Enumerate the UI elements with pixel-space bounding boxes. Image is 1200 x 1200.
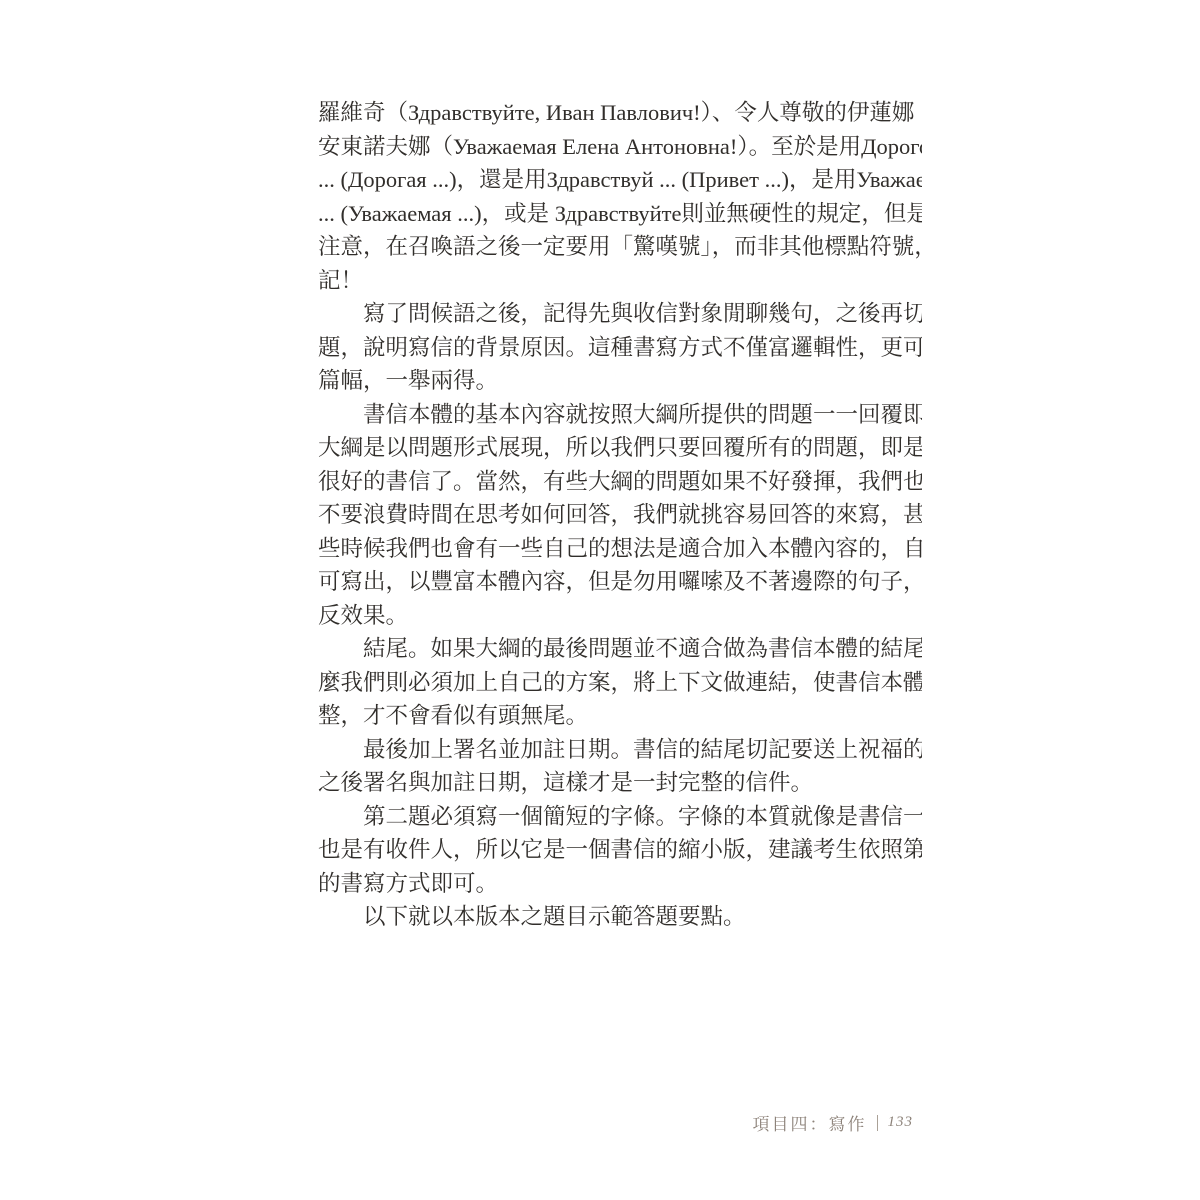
paragraph: 書信本體的基本內容就按照大綱所提供的問題一一回覆即可。大綱是以問題形式展現，所以… bbox=[318, 398, 922, 633]
text-line: 反效果。 bbox=[318, 599, 922, 633]
text-block: 羅維奇（Здравствуйте, Иван Павлович!）、令人尊敬的伊… bbox=[318, 96, 922, 934]
text-line: 第二題必須寫一個簡短的字條。字條的本質就像是書信一般， bbox=[318, 800, 922, 834]
paragraph: 以下就以本版本之題目示範答題要點。 bbox=[318, 900, 922, 934]
paragraph: 結尾。如果大綱的最後問題並不適合做為書信本體的結尾，那麼我們則必須加上自己的方案… bbox=[318, 632, 922, 733]
text-line: 最後加上署名並加註日期。書信的結尾切記要送上祝福的話， bbox=[318, 733, 922, 767]
paragraph: 寫了問候語之後，記得先與收信對象閒聊幾句，之後再切入主題，說明寫信的背景原因。這… bbox=[318, 297, 922, 398]
paragraph: 羅維奇（Здравствуйте, Иван Павлович!）、令人尊敬的伊… bbox=[318, 96, 922, 297]
text-line: 安東諾夫娜（Уважаемая Елена Антоновна!）。至於是用До… bbox=[318, 130, 922, 164]
text-line: 注意，在召喚語之後一定要用「驚嘆號」，而非其他標點符號，切 bbox=[318, 230, 922, 264]
text-line: 結尾。如果大綱的最後問題並不適合做為書信本體的結尾，那 bbox=[318, 632, 922, 666]
text-line: 可寫出，以豐富本體內容，但是勿用囉嗦及不著邊際的句子，造成 bbox=[318, 565, 922, 599]
text-line: 些時候我們也會有一些自己的想法是適合加入本體內容的，自然也 bbox=[318, 532, 922, 566]
text-line: ... (Уважаемая ...)，或是 Здравствуйте則並無硬性… bbox=[318, 197, 922, 231]
text-line: 整，才不會看似有頭無尾。 bbox=[318, 699, 922, 733]
text-line: 也是有收件人，所以它是一個書信的縮小版，建議考生依照第一題 bbox=[318, 833, 922, 867]
text-line: 寫了問候語之後，記得先與收信對象閒聊幾句，之後再切入主 bbox=[318, 297, 922, 331]
text-line: 記！ bbox=[318, 264, 922, 298]
text-line: 大綱是以問題形式展現，所以我們只要回覆所有的問題，即是一篇 bbox=[318, 431, 922, 465]
footer-section-label: 項目四：寫作 bbox=[753, 1110, 867, 1135]
text-line: 題，說明寫信的背景原因。這種書寫方式不僅富邏輯性，更可增加 bbox=[318, 331, 922, 365]
text-line: 之後署名與加註日期，這樣才是一封完整的信件。 bbox=[318, 766, 922, 800]
text-line: 很好的書信了。當然，有些大綱的問題如果不好發揮，我們也千萬 bbox=[318, 465, 922, 499]
footer-page-number: 133 bbox=[888, 1114, 914, 1131]
text-line: 麼我們則必須加上自己的方案，將上下文做連結，使書信本體完 bbox=[318, 666, 922, 700]
text-line: 的書寫方式即可。 bbox=[318, 867, 922, 901]
text-line: 篇幅，一舉兩得。 bbox=[318, 364, 922, 398]
paragraph: 最後加上署名並加註日期。書信的結尾切記要送上祝福的話，之後署名與加註日期，這樣才… bbox=[318, 733, 922, 800]
text-line: 書信本體的基本內容就按照大綱所提供的問題一一回覆即可。 bbox=[318, 398, 922, 432]
book-page: 羅維奇（Здравствуйте, Иван Павлович!）、令人尊敬的伊… bbox=[0, 0, 1200, 1200]
text-line: 不要浪費時間在思考如何回答，我們就挑容易回答的來寫，甚至有 bbox=[318, 498, 922, 532]
page-footer: 項目四：寫作 133 bbox=[753, 1110, 914, 1135]
text-line: ... (Дорогая ...)，還是用Здравствуй ... (При… bbox=[318, 163, 922, 197]
footer-divider bbox=[877, 1115, 878, 1131]
paragraph: 第二題必須寫一個簡短的字條。字條的本質就像是書信一般，也是有收件人，所以它是一個… bbox=[318, 800, 922, 901]
text-line: 以下就以本版本之題目示範答題要點。 bbox=[318, 900, 922, 934]
text-line: 羅維奇（Здравствуйте, Иван Павлович!）、令人尊敬的伊… bbox=[318, 96, 922, 130]
